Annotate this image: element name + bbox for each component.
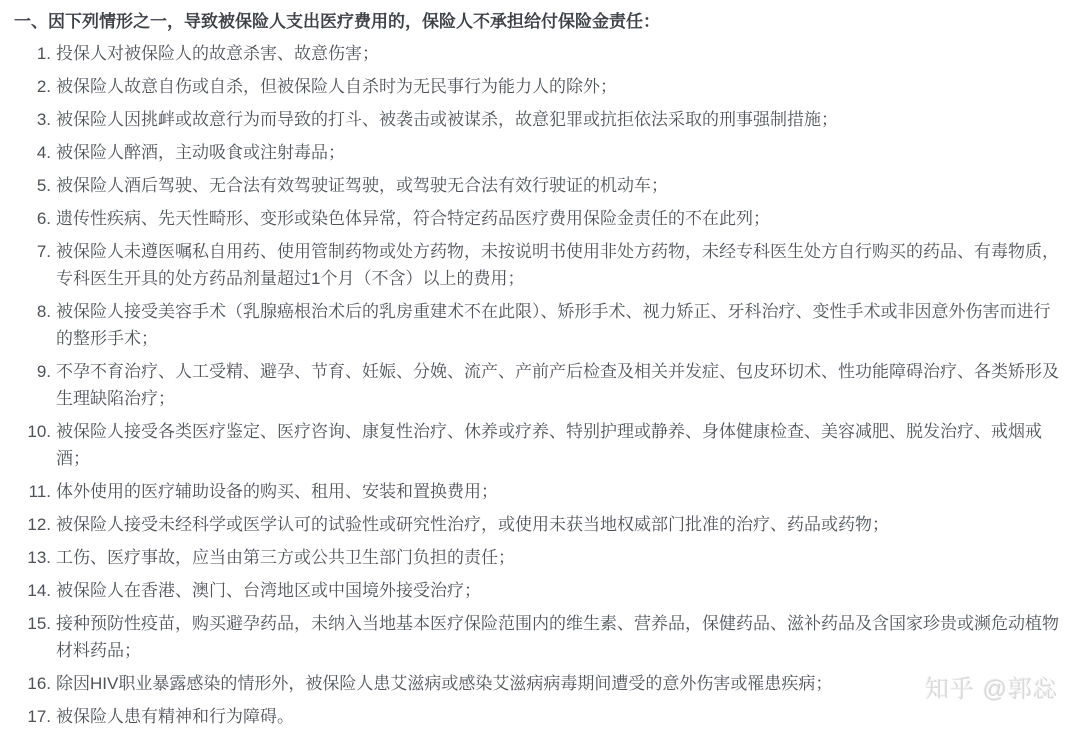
list-item: 5. 被保险人酒后驾驶、无合法有效驾驶证驾驶，或驾驶无合法有效行驶证的机动车；: [14, 172, 1066, 199]
item-number: 12.: [14, 511, 51, 538]
list-item: 9. 不孕不育治疗、人工受精、避孕、节育、妊娠、分娩、流产、产前产后检查及相关并…: [14, 358, 1066, 412]
list-item: 7. 被保险人未遵医嘱私自用药、使用管制药物或处方药物，未按说明书使用非处方药物…: [14, 238, 1066, 292]
item-text: 接种预防性疫苗，购买避孕药品，未纳入当地基本医疗保险范围内的维生素、营养品，保健…: [56, 610, 1066, 664]
list-item: 3. 被保险人因挑衅或故意行为而导致的打斗、被袭击或被谋杀，故意犯罪或抗拒依法采…: [14, 106, 1066, 133]
list-item: 15. 接种预防性疫苗，购买避孕药品，未纳入当地基本医疗保险范围内的维生素、营养…: [14, 610, 1066, 664]
item-text: 工伤、医疗事故，应当由第三方或公共卫生部门负担的责任；: [56, 544, 1066, 571]
item-text: 被保险人醉酒，主动吸食或注射毒品；: [56, 139, 1066, 166]
item-text: 被保险人故意自伤或自杀，但被保险人自杀时为无民事行为能力人的除外；: [56, 73, 1066, 100]
item-number: 3.: [14, 106, 51, 133]
list-item: 10. 被保险人接受各类医疗鉴定、医疗咨询、康复性治疗、休养或疗养、特别护理或静…: [14, 418, 1066, 472]
item-text: 被保险人接受未经科学或医学认可的试验性或研究性治疗，或使用未获当地权威部门批准的…: [56, 511, 1066, 538]
item-text: 被保险人酒后驾驶、无合法有效驾驶证驾驶，或驾驶无合法有效行驶证的机动车；: [56, 172, 1066, 199]
item-number: 4.: [14, 139, 51, 166]
item-number: 5.: [14, 172, 51, 199]
list-item: 6. 遗传性疾病、先天性畸形、变形或染色体异常，符合特定药品医疗费用保险金责任的…: [14, 205, 1066, 232]
item-number: 17.: [14, 703, 51, 730]
list-item: 16. 除因HIV职业暴露感染的情形外，被保险人患艾滋病或感染艾滋病病毒期间遭受…: [14, 670, 1066, 697]
item-text: 除因HIV职业暴露感染的情形外，被保险人患艾滋病或感染艾滋病病毒期间遭受的意外伤…: [56, 670, 1066, 697]
item-number: 1.: [14, 40, 51, 67]
item-number: 15.: [14, 610, 51, 637]
list-item: 2. 被保险人故意自伤或自杀，但被保险人自杀时为无民事行为能力人的除外；: [14, 73, 1066, 100]
list-item: 13. 工伤、医疗事故，应当由第三方或公共卫生部门负担的责任；: [14, 544, 1066, 571]
item-number: 13.: [14, 544, 51, 571]
item-number: 7.: [14, 238, 51, 265]
item-text: 不孕不育治疗、人工受精、避孕、节育、妊娠、分娩、流产、产前产后检查及相关并发症、…: [56, 358, 1066, 412]
zhihu-watermark: 知乎 @郭惢: [925, 669, 1058, 704]
list-item: 11. 体外使用的医疗辅助设备的购买、租用、安装和置换费用；: [14, 478, 1066, 505]
list-item: 12. 被保险人接受未经科学或医学认可的试验性或研究性治疗，或使用未获当地权威部…: [14, 511, 1066, 538]
item-number: 2.: [14, 73, 51, 100]
item-number: 11.: [14, 478, 51, 505]
section-heading: 一、因下列情形之一，导致被保险人支出医疗费用的，保险人不承担给付保险金责任：: [14, 10, 1066, 34]
item-text: 被保险人因挑衅或故意行为而导致的打斗、被袭击或被谋杀，故意犯罪或抗拒依法采取的刑…: [56, 106, 1066, 133]
list-item: 4. 被保险人醉酒，主动吸食或注射毒品；: [14, 139, 1066, 166]
item-text: 被保险人接受美容手术（乳腺癌根治术后的乳房重建术不在此限）、矫形手术、视力矫正、…: [56, 298, 1066, 352]
item-number: 8.: [14, 298, 51, 325]
item-text: 被保险人未遵医嘱私自用药、使用管制药物或处方药物，未按说明书使用非处方药物，未经…: [56, 238, 1066, 292]
item-text: 投保人对被保险人的故意杀害、故意伤害；: [56, 40, 1066, 67]
item-text: 遗传性疾病、先天性畸形、变形或染色体异常，符合特定药品医疗费用保险金责任的不在此…: [56, 205, 1066, 232]
document-page: 一、因下列情形之一，导致被保险人支出医疗费用的，保险人不承担给付保险金责任： 1…: [0, 0, 1080, 732]
list-item: 8. 被保险人接受美容手术（乳腺癌根治术后的乳房重建术不在此限）、矫形手术、视力…: [14, 298, 1066, 352]
item-number: 9.: [14, 358, 51, 385]
exclusion-list: 1. 投保人对被保险人的故意杀害、故意伤害； 2. 被保险人故意自伤或自杀，但被…: [14, 40, 1066, 730]
list-item: 17. 被保险人患有精神和行为障碍。: [14, 703, 1066, 730]
item-text: 体外使用的医疗辅助设备的购买、租用、安装和置换费用；: [56, 478, 1066, 505]
item-text: 被保险人接受各类医疗鉴定、医疗咨询、康复性治疗、休养或疗养、特别护理或静养、身体…: [56, 418, 1066, 472]
item-number: 6.: [14, 205, 51, 232]
item-number: 16.: [14, 670, 51, 697]
item-text: 被保险人患有精神和行为障碍。: [56, 703, 1066, 730]
item-text: 被保险人在香港、澳门、台湾地区或中国境外接受治疗；: [56, 577, 1066, 604]
list-item: 1. 投保人对被保险人的故意杀害、故意伤害；: [14, 40, 1066, 67]
item-number: 14.: [14, 577, 51, 604]
list-item: 14. 被保险人在香港、澳门、台湾地区或中国境外接受治疗；: [14, 577, 1066, 604]
item-number: 10.: [14, 418, 51, 445]
